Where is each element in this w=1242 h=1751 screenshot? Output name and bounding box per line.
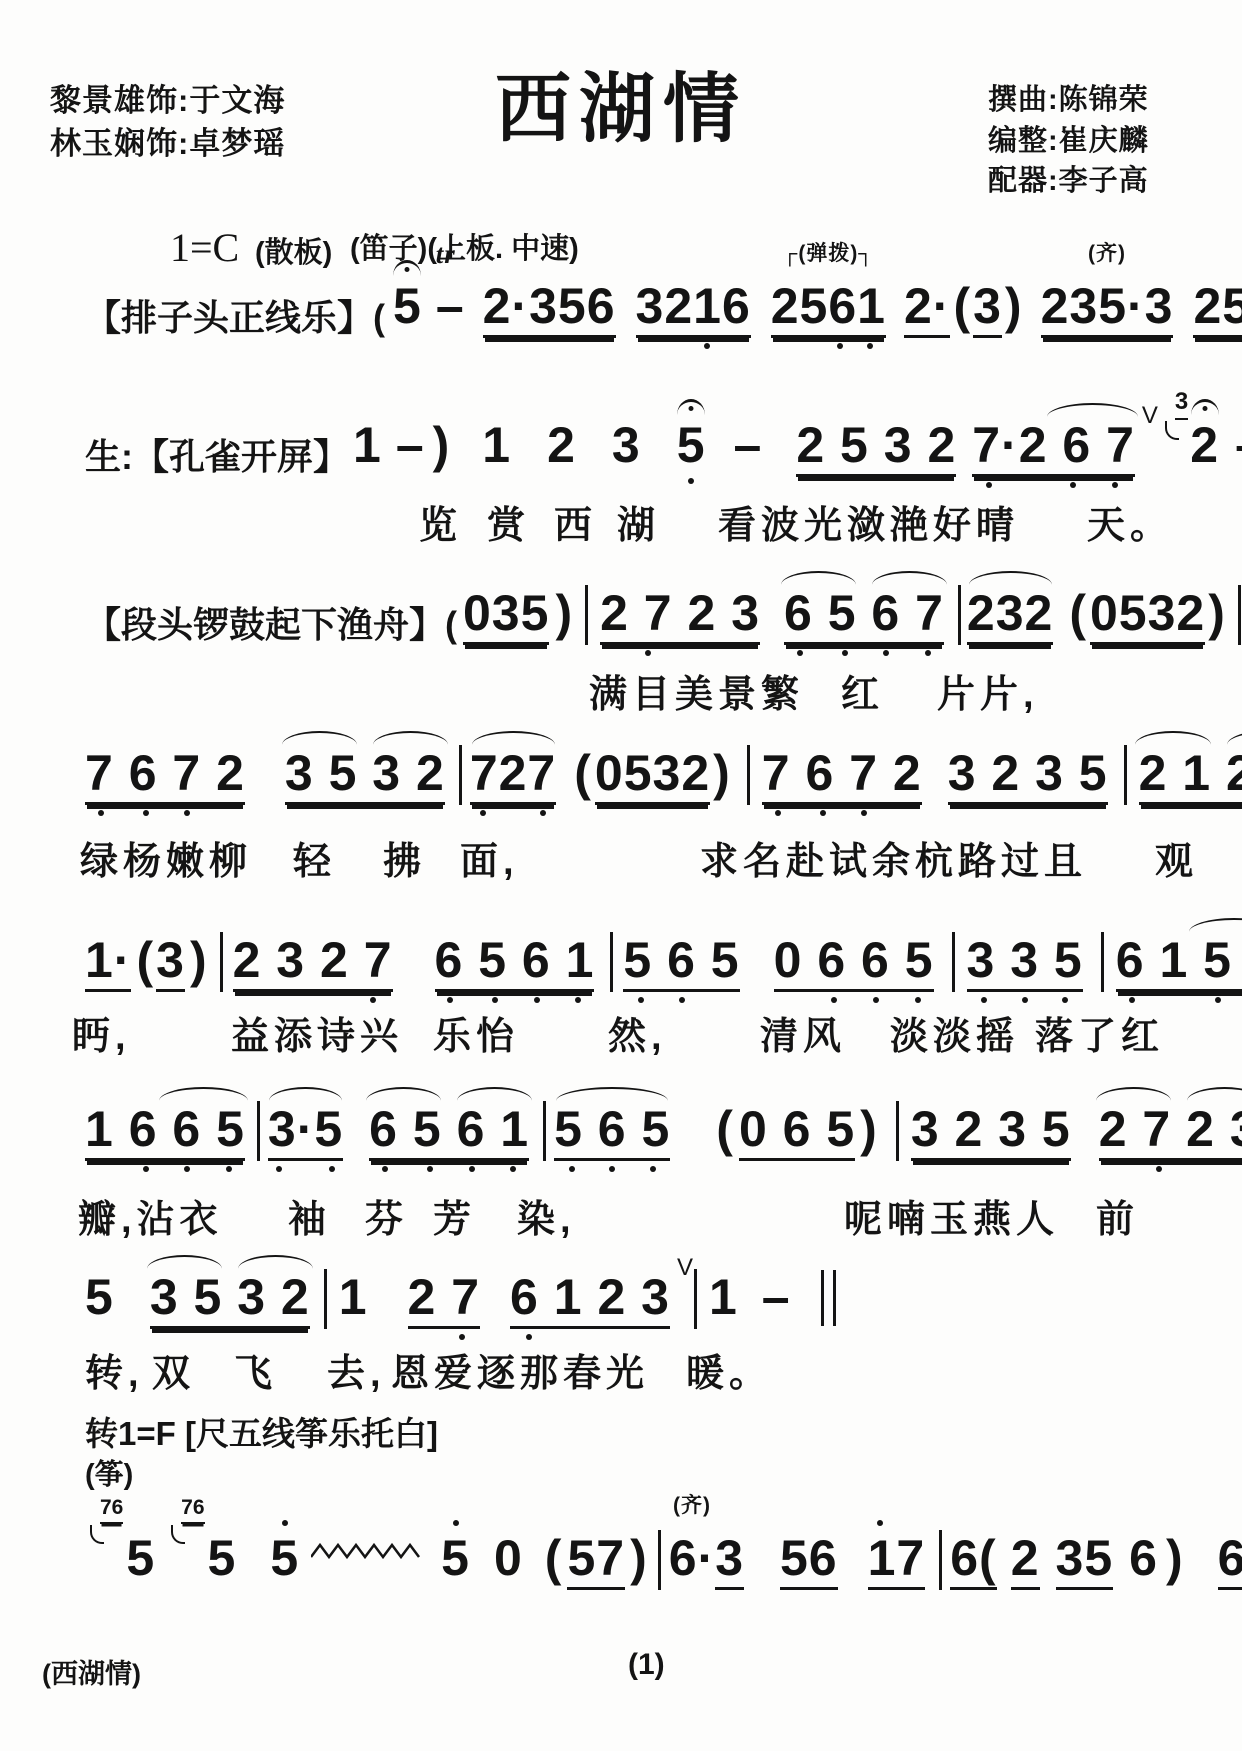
- annotation-above: (齐): [1088, 243, 1126, 264]
- octave-dot-above: [441, 1520, 470, 1526]
- barline-icon: [220, 932, 223, 992]
- note-group: –: [1235, 420, 1242, 470]
- note-group: 7 6 7 2: [85, 748, 245, 805]
- lyric-segment: 天。: [1087, 494, 1173, 549]
- page-number: (1): [628, 1648, 665, 1682]
- lyrics-line-6: 转,双飞去,恩爱逐那春光暖。: [0, 1342, 1242, 1390]
- note-group: 1: [482, 420, 511, 470]
- lyric-segment: 瓣,沾衣: [78, 1188, 223, 1243]
- octave-dots-below: [554, 1166, 670, 1172]
- arranger-credit: 编整:崔庆麟: [988, 121, 1149, 162]
- note-group: 17: [868, 1533, 926, 1590]
- lyric-segment: 绿杨嫩柳: [80, 830, 252, 885]
- zheng-label: (筝): [85, 1452, 133, 1493]
- breath-mark-icon: V: [677, 1256, 694, 1280]
- note-group: 5tr: [393, 281, 422, 331]
- note-group: 3: [612, 420, 641, 470]
- note-group: 2 7 2 3: [600, 588, 760, 645]
- note-group: ): [1208, 588, 1226, 638]
- lyric-segment: 看波光潋滟好晴: [718, 494, 1019, 549]
- music-line-5: 1·(3)2 3 2 76 5 6 15 6 50 6 6 53 3 56 1 …: [85, 935, 1242, 992]
- annotation-above: (齐): [673, 1495, 711, 1516]
- final-barline-icon: [821, 1270, 836, 1326]
- note-group: 6(: [950, 1533, 996, 1590]
- barline-icon: [324, 1269, 327, 1329]
- note-group: 3 2 3 5: [948, 748, 1108, 805]
- note-group: (: [545, 1533, 563, 1583]
- note-group: 3: [973, 281, 1002, 338]
- barline-icon: [543, 1101, 546, 1161]
- lyric-segment: 满目美景繁: [589, 663, 804, 718]
- barline-icon: [896, 1101, 899, 1161]
- slur-arc-icon: [472, 731, 555, 745]
- music-line-7: 53 5 3 212 76 1 2 3V1–: [85, 1272, 836, 1329]
- music-line-2: 生:【孔雀开屏】1–)1235–2 5 3 27·2 6 7V32–: [85, 420, 1242, 480]
- fermata-icon: [677, 399, 705, 415]
- note-group: 6 1 5 6: [1116, 935, 1242, 992]
- note-group: 232: [967, 588, 1053, 645]
- note-group: ): [713, 748, 731, 798]
- slur-arc-icon: [1189, 918, 1242, 932]
- octave-dots-below: [1116, 997, 1242, 1003]
- lyric-segment: 红: [841, 663, 884, 718]
- octave-dots-below: [408, 1334, 481, 1340]
- lyric-segment: 袖: [288, 1188, 331, 1243]
- slur-arc-icon: [872, 571, 947, 585]
- lyric-segment: 恩爱逐那春光: [391, 1342, 649, 1397]
- note-group: 2: [547, 420, 576, 470]
- barline-icon: [459, 745, 462, 805]
- note-group: 3 2 3 5: [911, 1104, 1071, 1161]
- lyric-segment: 前: [1096, 1188, 1139, 1243]
- octave-dots-below: [85, 1166, 245, 1172]
- section-label: 【排子头正线乐】(: [85, 290, 385, 341]
- octave-dots-below: [762, 810, 922, 816]
- slur-arc-icon: [238, 1255, 313, 1269]
- octave-dots-below: [510, 1334, 670, 1340]
- instrument-marking: (笛子)(上板. 中速): [350, 226, 579, 267]
- note-group: 2: [1190, 420, 1219, 470]
- section-label: 【段头锣鼓起下渔舟】(: [85, 597, 457, 648]
- trill-icon: tr: [436, 239, 456, 270]
- note-group: 6 1 2 3V: [510, 1272, 670, 1329]
- lyric-segment: 拂: [383, 830, 426, 885]
- lyric-segment: 然,: [608, 1005, 667, 1060]
- note-group: 57: [567, 1533, 625, 1590]
- note-group: 1: [353, 420, 382, 470]
- lyric-segment: 片片,: [937, 663, 1039, 718]
- barline-icon: [1101, 932, 1104, 992]
- octave-dots-below: [784, 650, 944, 656]
- octave-dot-above: [868, 1520, 926, 1526]
- note-group: 6 5: [1218, 1533, 1242, 1590]
- key-change-line: 转1=F [尺五线筝乐托白]: [85, 1408, 438, 1455]
- note-group: 2 7 2 3: [1099, 1104, 1242, 1161]
- barline-icon: [257, 1101, 260, 1161]
- slur-arc-icon: [781, 571, 856, 585]
- octave-dots-below: [85, 810, 245, 816]
- lyric-segment: 双: [152, 1342, 195, 1397]
- octave-dots-below: [369, 1166, 529, 1172]
- note-group: 3·5: [268, 1104, 343, 1161]
- slur-arc-icon: [159, 1087, 249, 1101]
- key-signature-line: 1=C (散板) (笛子)(上板. 中速): [0, 224, 1242, 270]
- note-group: 3: [156, 935, 185, 992]
- lyric-segment: 求名赴试余杭路过且: [700, 830, 1087, 885]
- note-group: 5: [85, 1272, 114, 1322]
- lyric-segment: 湖: [617, 494, 660, 549]
- note-group: 3: [715, 1533, 744, 1590]
- music-line-3: 【段头锣鼓起下渔舟】(035)2 7 2 36 5 6 7232(0532): [85, 588, 1241, 648]
- note-group: (: [574, 748, 592, 798]
- slur-arc-icon: [1096, 1087, 1171, 1101]
- note-group: 6 5 6 1: [435, 935, 595, 992]
- note-group: (: [1069, 588, 1087, 638]
- note-group: 5: [270, 1533, 299, 1583]
- barline-icon: [1124, 745, 1127, 805]
- lyric-segment: 乐怡: [433, 1005, 519, 1060]
- note-group: 2·356: [483, 281, 616, 338]
- key-signature: 1=C: [170, 224, 239, 271]
- footer-title: (西湖情): [42, 1652, 141, 1691]
- note-group: 1 6 6 5: [85, 1104, 245, 1161]
- octave-dots-below: [470, 810, 556, 816]
- note-group: 2 7: [408, 1272, 481, 1329]
- grace-note: 3: [1175, 388, 1188, 420]
- octave-dots-below: [623, 997, 739, 1003]
- note-group: 1: [709, 1272, 738, 1322]
- note-group: ): [1005, 281, 1023, 331]
- section-label: 生:【孔雀开屏】: [85, 429, 349, 480]
- slur-arc-icon: [969, 571, 1052, 585]
- note-group: 2: [1011, 1533, 1040, 1590]
- octave-dots-below: [600, 650, 760, 656]
- lyric-segment: 淡淡摇: [890, 1005, 1019, 1060]
- note-group: 6: [1129, 1533, 1158, 1583]
- note-group: 1·: [85, 935, 131, 992]
- slur-arc-icon: [269, 1087, 341, 1101]
- lyric-segment: 览: [419, 494, 462, 549]
- note-group: 7·2 6 7V: [972, 420, 1135, 477]
- barline-icon: [585, 585, 588, 645]
- note-group: 5 6 5: [554, 1104, 670, 1161]
- author-credits: 撰曲:陈锦荣 编整:崔庆麟 配器:李子高: [988, 80, 1149, 202]
- annotation-above: ┌(弹拨)┐: [782, 243, 874, 264]
- fermata-icon: [1191, 399, 1219, 415]
- note-group: 56: [780, 1533, 838, 1590]
- note-group: 6 5 6 1: [369, 1104, 529, 1161]
- note-group: ): [860, 1104, 878, 1154]
- lyric-segment: 去,: [327, 1342, 386, 1397]
- barline-icon: [747, 745, 750, 805]
- barline-icon: [958, 585, 961, 645]
- lyrics-line-3: 绿杨嫩柳轻拂面,求名赴试余杭路过且观: [0, 830, 1242, 878]
- music-line-6: 1 6 6 53·56 5 6 15 6 5(0 6 5)3 2 3 52 7 …: [85, 1104, 1242, 1161]
- note-group: 2·: [904, 281, 950, 338]
- barline-icon: [939, 1530, 942, 1590]
- octave-dots-below: [233, 997, 393, 1003]
- barline-icon: [952, 932, 955, 992]
- lyric-segment: 西: [554, 494, 597, 549]
- orchestrator-credit: 配器:李子高: [988, 161, 1149, 202]
- lyric-segment: 落了红: [1035, 1005, 1164, 1060]
- barline-icon: [610, 932, 613, 992]
- note-group: 5: [677, 420, 706, 470]
- music-line-4: 7 6 7 23 5 3 2727(0532)7 6 7 23 2 3 52 1…: [85, 748, 1242, 805]
- slur-arc-icon: [457, 1087, 532, 1101]
- lyric-segment: 转,: [85, 1342, 144, 1397]
- note-group: 5: [126, 1533, 155, 1583]
- lyric-segment: 观: [1155, 830, 1198, 885]
- note-group: –: [396, 420, 425, 470]
- composer-credit: 撰曲:陈锦荣: [988, 80, 1149, 121]
- slur-arc-icon: [366, 1087, 441, 1101]
- barline-icon: [1238, 585, 1241, 645]
- note-group: 5: [208, 1533, 237, 1583]
- note-group: 0 6 6 5: [774, 935, 934, 992]
- lyric-segment: 轻: [293, 830, 336, 885]
- tempo-marking: (散板): [255, 230, 332, 271]
- slur-arc-icon: [1135, 731, 1210, 745]
- lyric-segment: 清风: [760, 1005, 846, 1060]
- lyric-segment: 赏: [487, 494, 530, 549]
- lyric-segment: 飞: [234, 1342, 277, 1397]
- note-group: 2 3 2 7: [233, 935, 393, 992]
- octave-dots-below: [967, 997, 1083, 1003]
- lyric-segment: 芬: [365, 1188, 408, 1243]
- note-group: ): [555, 588, 573, 638]
- lyrics-line-2: 满目美景繁红片片,: [0, 663, 1242, 711]
- lyric-segment: 益添诗兴: [231, 1005, 403, 1060]
- lyric-segment: 芳: [433, 1188, 476, 1243]
- music-line-1: 【排子头正线乐】(5tr–2·35632162561┌(弹拨)┐2·(3)235…: [85, 281, 1242, 341]
- slur-arc-icon: [373, 731, 448, 745]
- note-group: ): [1166, 1533, 1184, 1583]
- note-group: 2532V: [1193, 281, 1242, 338]
- note-group: 235·3(齐): [1041, 281, 1174, 338]
- note-group: –: [762, 1272, 791, 1322]
- slur-arc-icon: [1187, 1087, 1242, 1101]
- octave-dots-below: [972, 482, 1135, 488]
- note-group: 0: [494, 1533, 523, 1583]
- octave-dots-below: [677, 478, 706, 484]
- note-group: 727: [470, 748, 556, 805]
- octave-dots-below: [774, 997, 934, 1003]
- lyrics-line-4: 眄,益添诗兴乐怡然,清风淡淡摇落了红: [0, 1005, 1242, 1053]
- octave-dots-below: [435, 997, 595, 1003]
- slur-arc-icon: [282, 731, 357, 745]
- octave-dots-below: [636, 343, 751, 349]
- note-group: (: [953, 281, 971, 331]
- note-group: 2561┌(弹拨)┐: [771, 281, 886, 338]
- grace-note: 76: [100, 1496, 123, 1524]
- note-group: 6·(齐): [669, 1533, 715, 1583]
- note-group: 3216: [636, 281, 751, 338]
- note-group: ): [630, 1533, 648, 1583]
- lyric-segment: 染,: [517, 1188, 576, 1243]
- barline-icon: [694, 1269, 697, 1329]
- octave-dots-below: [771, 343, 886, 349]
- breath-mark-icon: V: [1142, 404, 1159, 428]
- note-group: 2 1 2 3: [1139, 748, 1242, 805]
- lyrics-line-1: 览赏西湖看波光潋滟好晴天。: [0, 494, 1242, 542]
- slur-arc-icon: [147, 1255, 222, 1269]
- grace-note: 76: [181, 1496, 204, 1524]
- note-group: 035: [463, 588, 549, 645]
- note-group: (: [136, 935, 154, 985]
- note-group: 3 3 5: [967, 935, 1083, 992]
- note-group: 35: [1056, 1533, 1114, 1590]
- note-group: 3 5 3 2: [285, 748, 445, 805]
- note-group: –: [436, 281, 465, 331]
- lyric-segment: 呢喃玉燕人: [844, 1188, 1059, 1243]
- octave-dots-below: [1099, 1166, 1242, 1172]
- lyric-segment: 暖。: [686, 1342, 772, 1397]
- note-group: 3 5 3 2: [150, 1272, 310, 1329]
- lyric-segment: 面,: [460, 830, 519, 885]
- slur-arc-icon: [556, 1087, 668, 1101]
- octave-dot-above: [270, 1520, 299, 1526]
- score-page: { "header": { "cast": ["黎景雄饰:于文海", "林玉娴饰…: [0, 0, 1242, 1751]
- note-group: 6 5 6 7: [784, 588, 944, 645]
- note-group: 5 6 5: [623, 935, 739, 992]
- note-group: (: [716, 1104, 734, 1154]
- music-line-8: 765765550(57)6·(齐)356176(2356)6 5: [100, 1533, 1242, 1590]
- note-group: –: [734, 420, 763, 470]
- note-group: 5: [441, 1533, 470, 1583]
- note-group: 1: [339, 1272, 368, 1322]
- note-group: 0 6 5: [739, 1104, 855, 1161]
- note-group: 0532: [595, 748, 710, 805]
- note-group: 7 6 7 2: [762, 748, 922, 805]
- barline-icon: [658, 1530, 661, 1590]
- slur-arc-icon: [1047, 403, 1138, 417]
- note-group: 2 5 3 2: [796, 420, 956, 477]
- note-group: ): [433, 420, 451, 470]
- glissando-wavy-icon: [311, 1541, 429, 1568]
- octave-dots-below: [268, 1166, 343, 1172]
- note-group: ): [190, 935, 208, 985]
- note-group: 0532: [1090, 588, 1205, 645]
- lyrics-line-5: 瓣,沾衣袖芬芳染,呢喃玉燕人前: [0, 1188, 1242, 1236]
- slur-arc-icon: [1227, 731, 1242, 745]
- lyric-segment: 眄,: [72, 1005, 131, 1060]
